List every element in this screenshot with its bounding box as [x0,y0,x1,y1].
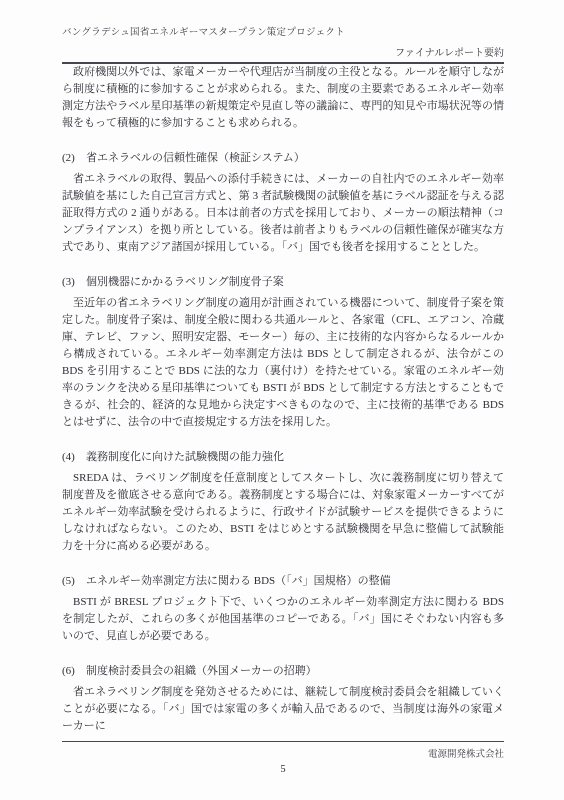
section-title: 個別機器にかかるラベリング制度骨子案 [86,274,504,291]
section-title: 制度検討委員会の組織（外国メーカーの招聘） [86,663,504,680]
page-header: バングラデシュ国省エネルギーマスタープラン策定プロジェクト ファイナルレポート要… [62,24,504,64]
report-section: (5) エネルギー効率測定方法に関わる BDS（「バ」国規格）の整備 BSTI … [62,573,504,645]
section-heading: (3) 個別機器にかかるラベリング制度骨子案 [62,274,504,291]
section-paragraph: 省エネラベリング制度を発効させるためには、継続して制度検討委員会を組織していくこ… [62,684,504,735]
report-section: (6) 制度検討委員会の組織（外国メーカーの招聘） 省エネラベリング制度を発効さ… [62,663,504,735]
section-heading: (2) 省エネラベルの信頼性確保（検証システム） [62,150,504,167]
page-number: 5 [62,764,504,775]
intro-paragraph: 政府機関以外では、家電メーカーや代理店が当制度の主役となる。ルールを順守しながら… [62,64,504,132]
section-number: (5) [62,573,86,590]
section-paragraph: SREDA は、ラベリング制度を任意制度としてスタートし、次に義務制度に切り替え… [62,470,504,555]
report-section: (3) 個別機器にかかるラベリング制度骨子案 至近年の省エネラベリング制度の適用… [62,274,504,431]
page-content: バングラデシュ国省エネルギーマスタープラン策定プロジェクト ファイナルレポート要… [62,24,504,735]
report-section: (2) 省エネラベルの信頼性確保（検証システム） 省エネラベルの取得、製品への添… [62,150,504,256]
header-project-title: バングラデシュ国省エネルギーマスタープラン策定プロジェクト [62,24,504,38]
section-title: 義務制度化に向けた試験機関の能力強化 [86,449,504,466]
footer-company-name: 電源開発株式会社 [62,746,504,760]
footer-rule [62,741,504,742]
document-page: バングラデシュ国省エネルギーマスタープラン策定プロジェクト ファイナルレポート要… [0,0,564,800]
section-heading: (4) 義務制度化に向けた試験機関の能力強化 [62,449,504,466]
document-body: 政府機関以外では、家電メーカーや代理店が当制度の主役となる。ルールを順守しながら… [62,64,504,735]
section-number: (6) [62,663,86,680]
section-heading: (5) エネルギー効率測定方法に関わる BDS（「バ」国規格）の整備 [62,573,504,590]
sections: (2) 省エネラベルの信頼性確保（検証システム） 省エネラベルの取得、製品への添… [62,150,504,735]
section-number: (4) [62,449,86,466]
header-report-label: ファイナルレポート要約 [62,44,504,59]
section-paragraph: BSTI が BRESL プロジェクト下で、いくつかのエネルギー効率測定方法に関… [62,594,504,645]
section-paragraph: 省エネラベルの取得、製品への添付手続きには、メーカーの自社内でのエネルギー効率試… [62,171,504,256]
section-heading: (6) 制度検討委員会の組織（外国メーカーの招聘） [62,663,504,680]
section-paragraph: 至近年の省エネラベリング制度の適用が計画されている機器について、制度骨子案を策定… [62,295,504,431]
page-footer: 電源開発株式会社 5 [62,741,504,775]
section-number: (2) [62,150,86,167]
section-title: 省エネラベルの信頼性確保（検証システム） [86,150,504,167]
report-section: (4) 義務制度化に向けた試験機関の能力強化 SREDA は、ラベリング制度を任… [62,449,504,555]
section-number: (3) [62,274,86,291]
section-title: エネルギー効率測定方法に関わる BDS（「バ」国規格）の整備 [86,573,504,590]
